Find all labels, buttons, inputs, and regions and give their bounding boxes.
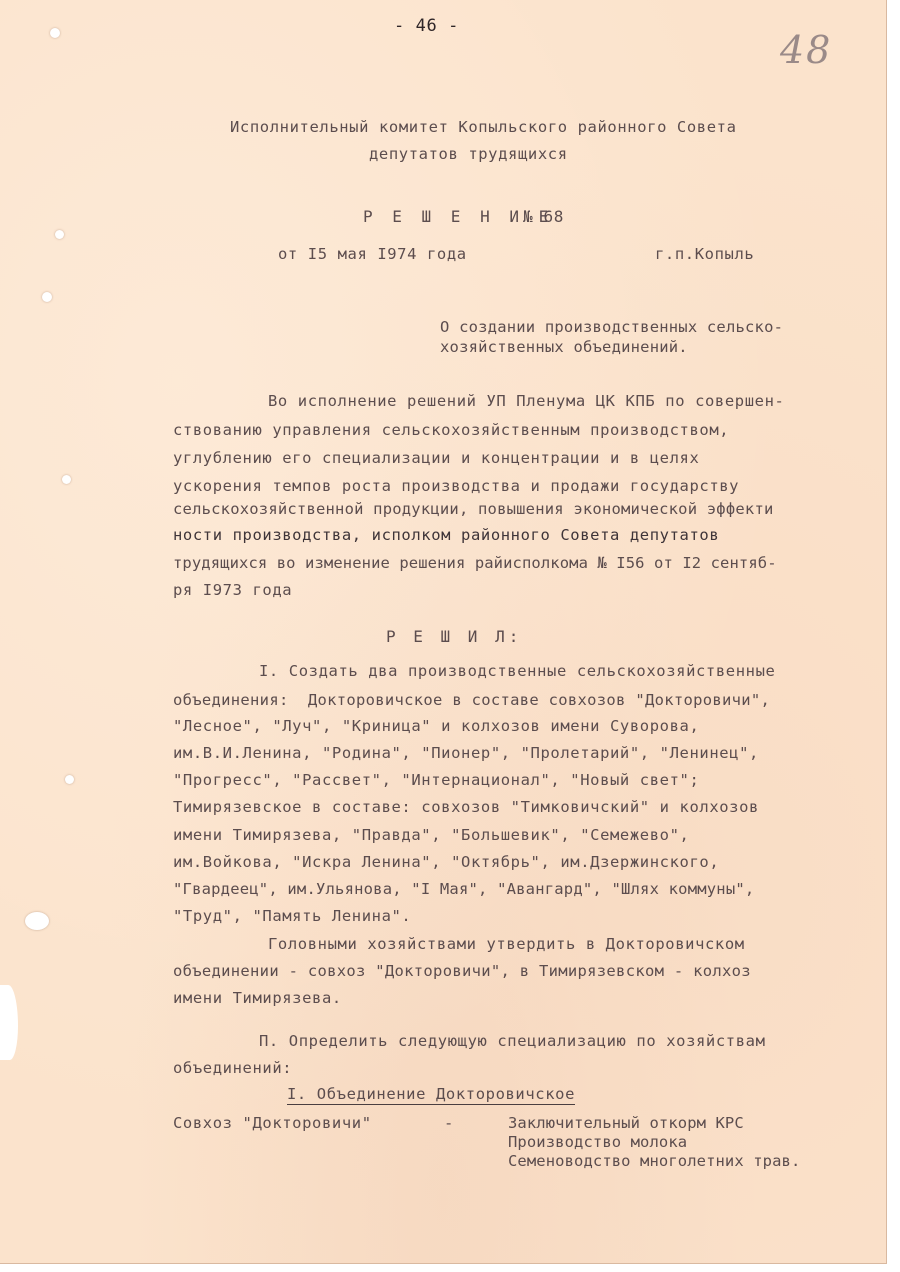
preamble-line: ствованию управления сельскохозяйственны… [173,421,729,439]
section1-line: "Гвардеец", им.Ульянова, "I Мая", "Аванг… [173,880,754,898]
header-line1: Исполнительный комитет Копыльского район… [230,118,737,136]
document-date: от I5 мая I974 года [278,245,467,263]
preamble-line: сельскохозяйственной продукции, повышени… [173,500,774,518]
section1-line: "Лесное", "Луч", "Криница" и колхозов им… [173,717,699,735]
archive-number: 48 [780,28,832,72]
subject-line2: хозяйственных объединений. [440,338,688,356]
punch-hole [65,775,74,784]
section1-line: имени Тимирязева, "Правда", "Большевик",… [173,826,689,844]
section1-line: "Прогресс", "Рассвет", "Интернационал", … [173,771,699,789]
preamble-line: трудящихся во изменение решения райиспол… [173,554,777,572]
punch-hole [62,475,71,484]
subsection-title: I. Объединение Докторовичское [287,1085,575,1105]
preamble-line: ря I973 года [173,581,292,599]
section1-line: объединения: Доктoровичское в составе со… [173,691,770,709]
punch-hole [50,28,60,38]
farm-dash: - [444,1114,454,1132]
document-number: № 68 [523,207,564,226]
preamble-line: Во исполнение решений УП Пленума ЦК КПБ … [268,392,784,410]
section2-line: П. Определить следующую специализацию по… [259,1032,766,1050]
specialization-item: Семеноводство многолетних трав. [508,1152,800,1170]
punch-hole [42,292,52,302]
specialization-item: Заключительный откорм КРС [508,1114,744,1132]
punch-hole [25,912,49,930]
specialization-item: Производство молока [508,1133,687,1151]
preamble-line: ности производства, исполком районного С… [173,526,719,544]
section1-line: им.В.И.Ленина, "Родина", "Пионер", "Прол… [173,744,759,762]
paper-tear [0,985,18,1060]
head-farms-line: объединении - совхоз "Докторовичи", в Ти… [173,962,751,980]
head-farms-line: имени Тимирязева. [173,989,342,1007]
preamble-line: ускорения темпов роста производства и пр… [173,477,739,495]
section2-line: объединений: [173,1059,292,1077]
preamble-line: углублению его специализации и концентра… [173,449,699,467]
head-farms-line: Головными хозяйствами утвердить в Доктор… [268,935,745,953]
decided-label: Р Е Ш И Л: [386,627,522,646]
section1-line: им.Войкова, "Искра Ленина", "Октябрь", и… [173,853,719,871]
subject-line1: О создании производственных сельско- [440,318,783,336]
section1-line: "Труд", "Память Ленина". [173,907,411,925]
section1-line: Тимирязевское в составе: совхозов "Тимко… [173,798,759,816]
header-line2: депутатов трудящихся [369,145,568,163]
farm-name: Совхоз "Докторовичи" [173,1114,372,1132]
punch-hole [55,230,64,239]
section1-line: I. Создать два производственные сельскох… [259,662,775,680]
page-number: - 46 - [394,16,459,36]
document-place: г.п.Копыль [655,245,754,263]
document-page: - 46 - 48 Исполнительный комитет Копыльс… [0,0,887,1264]
